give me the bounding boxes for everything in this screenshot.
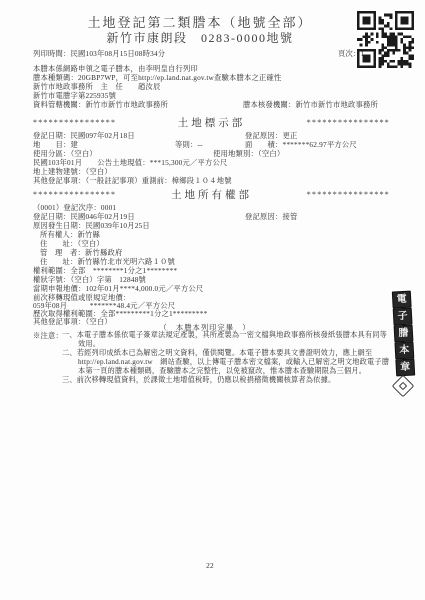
owner-reg-date: 登記日期：民國046年02月19日	[33, 212, 135, 221]
land-building-no: 地上建物建號：（空白）	[33, 167, 112, 176]
owner-name: 所有權人：新竹縣	[40, 230, 100, 239]
diamond-stamp-icon	[392, 375, 415, 398]
owner-declared-price: 當期申報地價：102年01月****4,000.0元／平方公尺	[33, 284, 203, 293]
owner-manager: 管 理 者：新竹縣政府	[40, 248, 122, 257]
owner-address: 住 址：（空白）	[40, 239, 104, 248]
stars-right: ****************	[307, 190, 390, 199]
qr-code-icon	[357, 11, 414, 68]
notice-list: 一、本電子謄本係依電子簽章法規定產製，其所產製為一密文檔與地政事務所核發紙張謄本…	[62, 331, 394, 385]
stars-left: ****************	[33, 118, 116, 127]
intro-line-doc-number: 新竹市電謄字第225935號	[33, 91, 116, 100]
seal-character: 電	[392, 291, 412, 309]
intro-line-office-chief: 新竹市地政事務所 主 任 趙汝辰	[33, 82, 160, 91]
security-seal-stamp: 電 子 謄 本 章	[392, 291, 415, 377]
stars-left: ****************	[33, 190, 116, 199]
page-number: 頁次：1	[338, 49, 364, 58]
diamond-stamp-inner	[399, 382, 407, 390]
land-grade: 等則：--	[175, 140, 203, 149]
intro-line-code: 謄本種類碼：20GBP7WP，可至http://ep.land.nat.gov.…	[33, 73, 282, 82]
authority-right: 謄本核發機關：新竹市新竹市地政事務所	[243, 100, 378, 109]
notice-item-1: 一、本電子謄本係依電子簽章法規定產製，其所產製為一密文檔與地政事務所核發紙張謄本…	[62, 331, 394, 349]
owner-section-title: 土地所有權部	[171, 187, 252, 202]
owner-cert-no: 權狀字號：（空白）字第 12848號	[33, 275, 146, 284]
seal-character: 謄	[394, 325, 414, 343]
owner-seq: （0001）登記次序：0001	[33, 203, 116, 212]
owner-manager-address: 住 址：新竹縣竹北市光明六路１０號	[40, 257, 175, 266]
land-reg-reason: 登記原因：更正	[245, 131, 297, 140]
seal-character: 子	[393, 308, 413, 326]
bottom-page-number: 22	[0, 561, 420, 570]
notice-item-2: 二、若經列印成紙本已為解密之明文資料，僅供閱覽。本電子謄本要具文書證明效力，應上…	[62, 349, 394, 376]
notice-label: ※注意：	[33, 331, 63, 340]
land-reg-date: 登記日期：民國097年02月18日	[33, 131, 135, 140]
authority-left: 資料管轄機關：新竹市新竹市地政事務所	[33, 100, 168, 109]
seal-character: 本	[394, 341, 414, 359]
document-subtitle: 新竹市康朗段 0283-0000地號	[0, 29, 400, 46]
owner-section-header: **************** 土地所有權部 ****************	[33, 187, 390, 202]
document-page: 土地登記第二類謄本（地號全部） 新竹市康朗段 0283-0000地號 列印時間：…	[0, 0, 425, 600]
owner-scope: 權利範圍：全部 ********1分之1********	[33, 266, 177, 275]
land-use-class: 使用地類別：（空白）	[213, 149, 284, 158]
intro-line-source: 本謄本係網路申領之電子謄本，由李明皇自行列印	[33, 64, 198, 73]
seal-character: 章	[395, 358, 415, 376]
notice-item-3: 三、前次移轉現值資料，於課徵土地增值稅時，仍應以稅捐稽徵機關核算者為依據。	[62, 376, 394, 385]
land-other-notes: 其他登記事項：（一般註記事項）重測前：樟鄉段１０４地號	[33, 176, 232, 185]
stars-right: ****************	[307, 118, 390, 127]
print-time: 列印時間：民國103年08月15日08時34分	[33, 49, 165, 58]
land-zoning: 使用分區：（空白）	[33, 149, 97, 158]
land-category: 地 目：建	[33, 140, 78, 149]
land-section-header: **************** 土地標示部 ****************	[33, 115, 390, 130]
owner-reg-reason: 登記原因：接管	[245, 212, 297, 221]
land-announced-value: 民國103年01月 公告土地現值：***15,300元／平方公尺	[33, 158, 228, 167]
land-area: 面 積：*******62.97平方公尺	[245, 140, 357, 149]
owner-cause-date: 原因發生日期：民國039年10月25日	[33, 221, 150, 230]
land-section-title: 土地標示部	[178, 115, 246, 130]
